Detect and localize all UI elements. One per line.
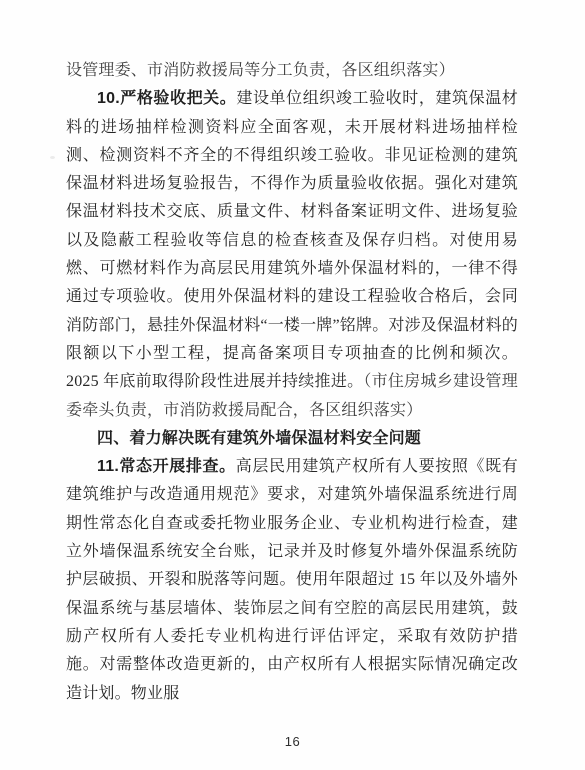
item-10-lead: 10.严格验收把关。 [97,90,236,107]
document-page: 设管理委、市消防救援局等分工负责，各区组织落实） 10.严格验收把关。建设单位组… [0,0,585,770]
item-10-body: 建设单位组织竣工验收时，建筑保温材料的进场抽样检测资料应全面客观，未开展材料进场… [66,90,518,390]
item-11-body: 高层民用建筑产权所有人要按照《既有建筑维护与改造通用规范》要求，对建筑外墙保温系… [66,458,518,701]
paragraph-item-11: 11.常态开展排查。高层民用建筑产权所有人要按照《既有建筑维护与改造通用规范》要… [66,453,518,708]
document-text-block: 设管理委、市消防救援局等分工负责，各区组织落实） 10.严格验收把关。建设单位组… [66,57,518,708]
section-4-heading: 四、着力解决既有建筑外墙保温材料安全问题 [66,425,518,453]
scan-artifact [50,156,55,159]
paragraph-continuation: 设管理委、市消防救援局等分工负责，各区组织落实） [66,57,518,85]
item-11-lead: 11.常态开展排查。 [97,458,236,475]
paragraph-item-10: 10.严格验收把关。建设单位组织竣工验收时，建筑保温材料的进场抽样检测资料应全面… [66,85,518,425]
page-number: 16 [0,734,585,749]
